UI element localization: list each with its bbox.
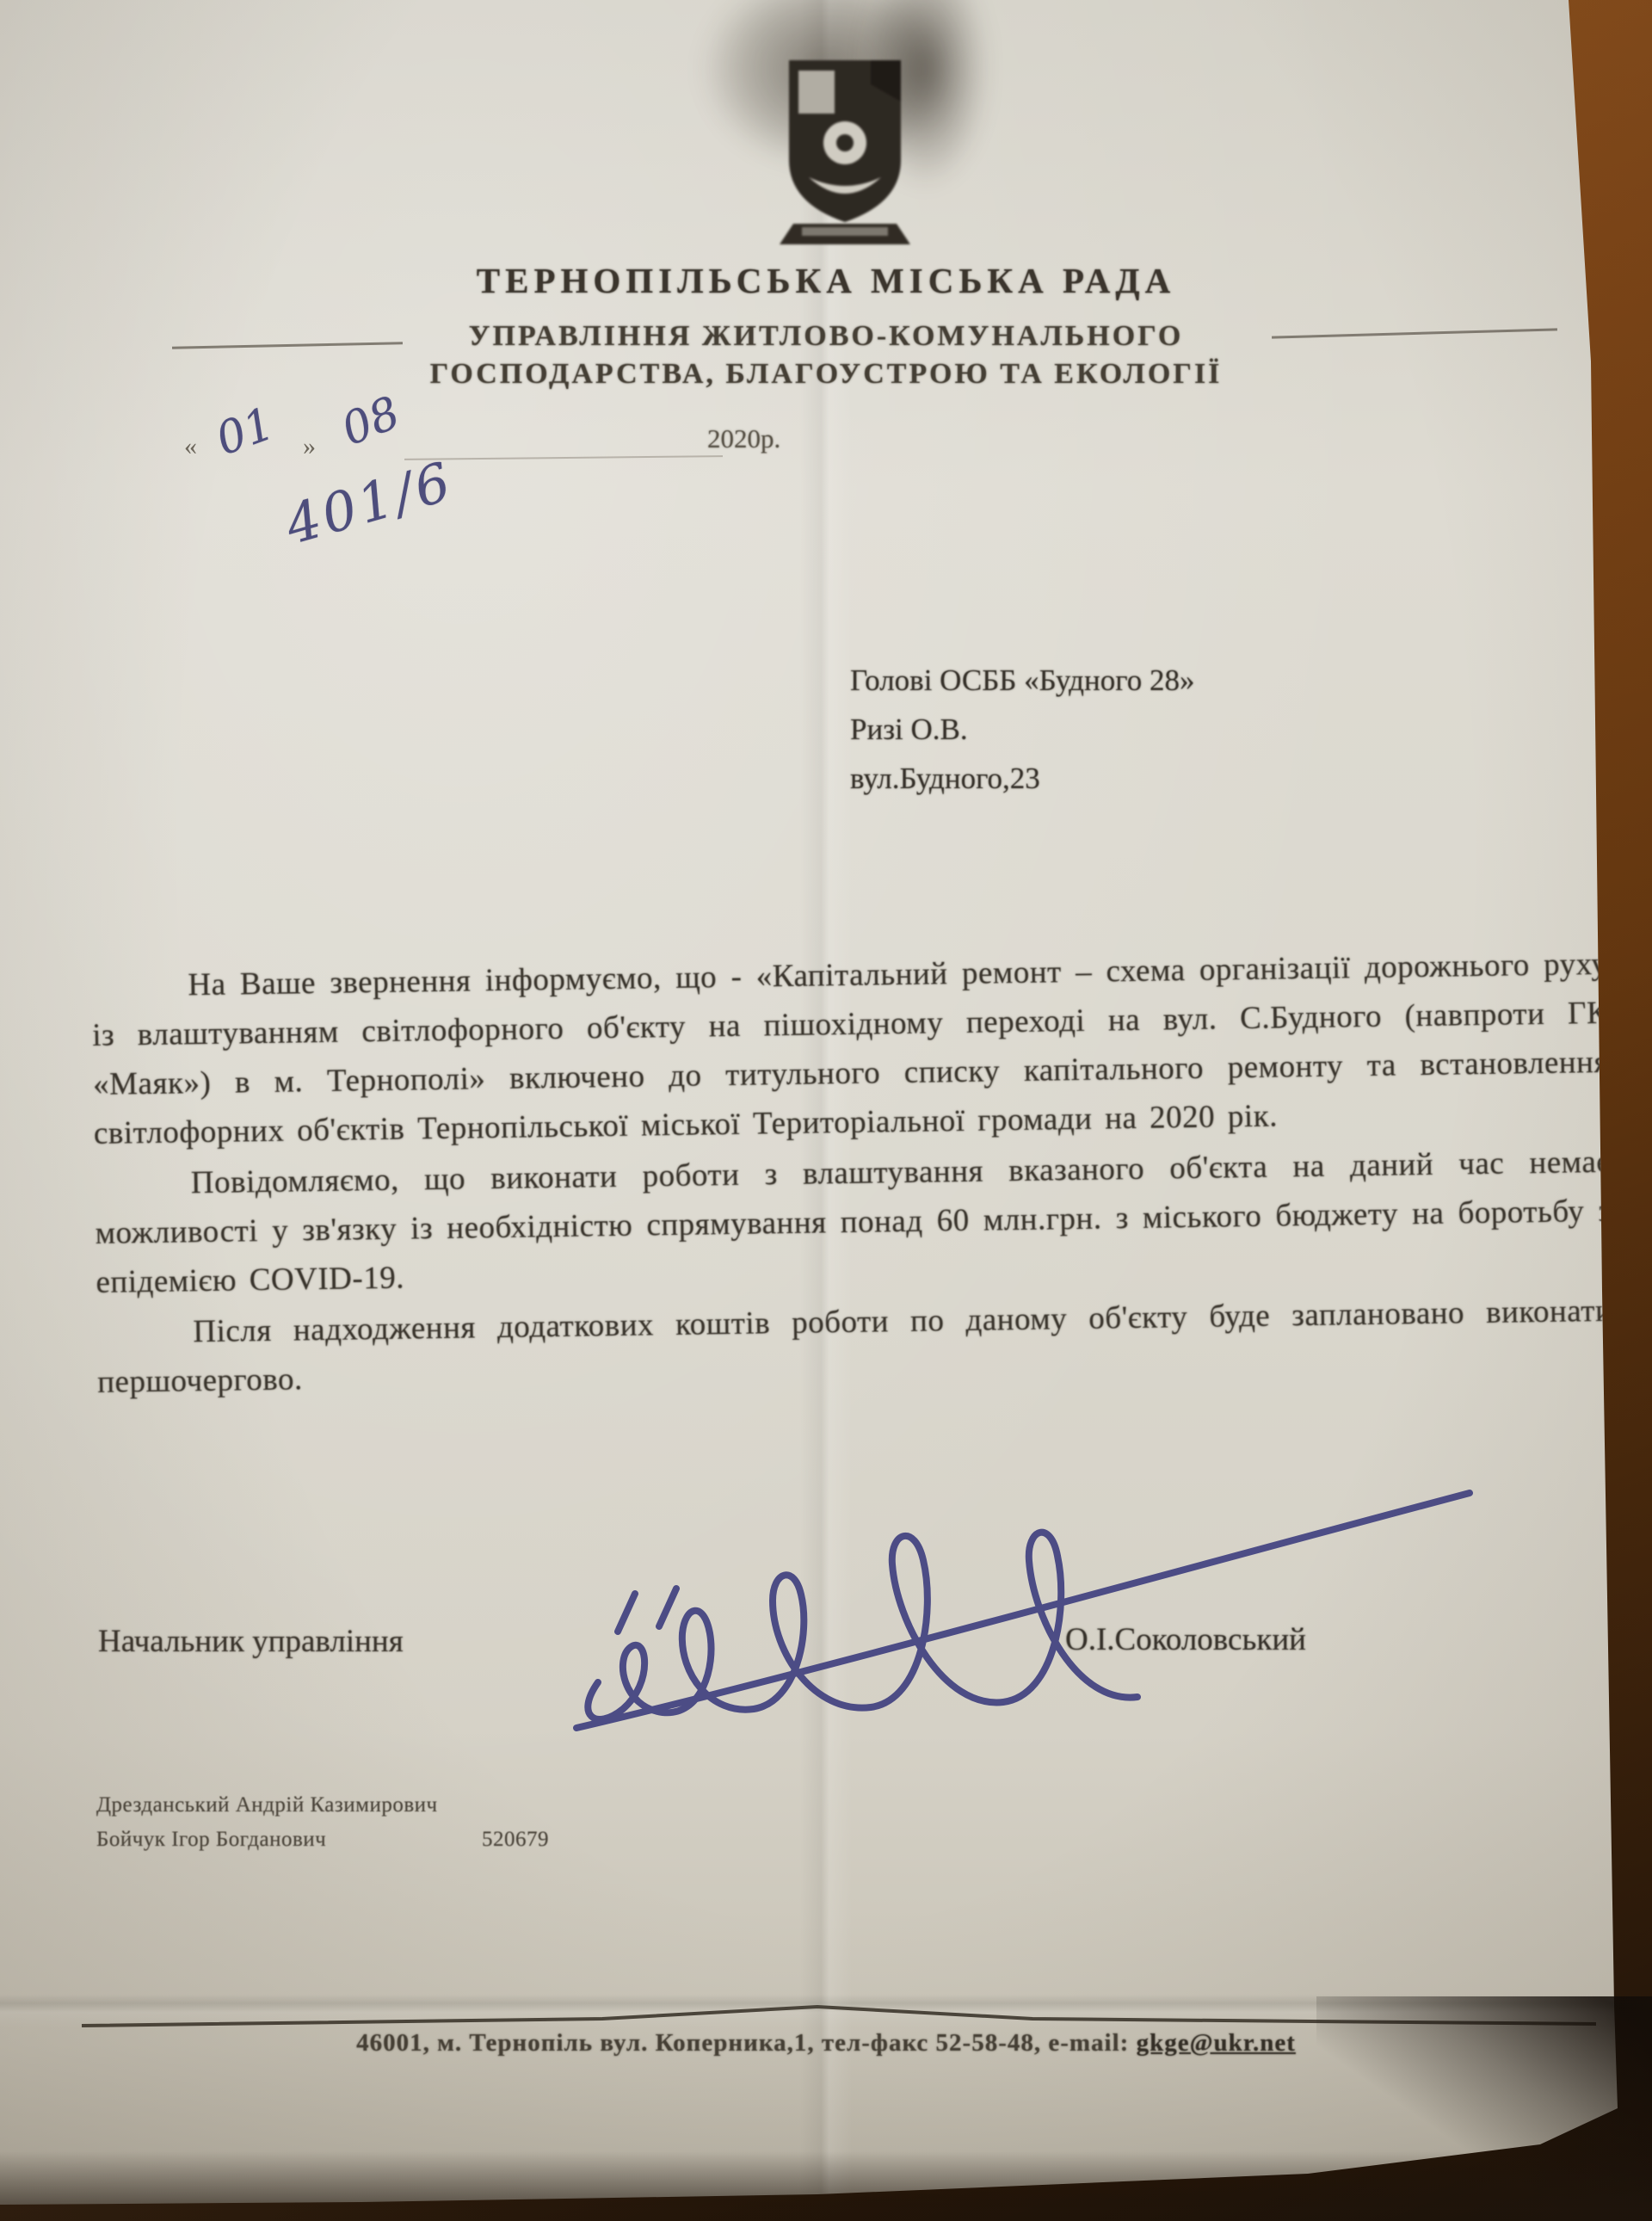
handwritten-outgoing-number: 401/6 bbox=[279, 449, 460, 557]
footer-contact-line: 46001, м. Тернопіль вул. Коперника,1, те… bbox=[0, 2029, 1652, 2058]
date-blank-underline bbox=[404, 455, 723, 460]
body-paragraph-2: Повідомляємо, що виконати роботи з влашт… bbox=[94, 1138, 1612, 1307]
letterhead-organization: ТЕРНОПІЛЬСЬКА МІСЬКА РАДА bbox=[0, 260, 1652, 301]
handwritten-day: 01 bbox=[210, 398, 281, 466]
letterhead-department-line2: ГОСПОДАРСТВА, БЛАГОУСТРОЮ ТА ЕКОЛОГІЇ bbox=[0, 358, 1652, 391]
executor-phone: 520679 bbox=[482, 1828, 549, 1852]
executor-line-1: Дрезданський Андрій Казимирович bbox=[96, 1793, 438, 1817]
coat-of-arms-icon bbox=[742, 50, 948, 252]
date-open-quote: « bbox=[184, 432, 197, 461]
footer-email: gkge@ukr.net bbox=[1137, 2029, 1296, 2057]
handwritten-month: 08 bbox=[335, 387, 407, 456]
recipient-name: Ризі О.В. bbox=[850, 705, 1194, 754]
signer-position-title: Начальник управління bbox=[98, 1623, 404, 1660]
recipient-title: Голові ОСББ «Будного 28» bbox=[850, 656, 1194, 705]
executor-line-2: Бойчук Ігор Богданович bbox=[96, 1828, 326, 1852]
footer-address-text: 46001, м. Тернопіль вул. Коперника,1, те… bbox=[356, 2029, 1137, 2057]
body-paragraph-1: На Ваше звернення інформуємо, що - «Капі… bbox=[91, 940, 1610, 1158]
letter-body: На Ваше звернення інформуємо, що - «Капі… bbox=[91, 940, 1614, 1409]
pen-signature-icon bbox=[516, 1377, 1506, 1764]
letterhead-department-line1: УПРАВЛІННЯ ЖИТЛОВО-КОМУНАЛЬНОГО bbox=[0, 320, 1652, 353]
recipient-address: вул.Будного,23 bbox=[850, 754, 1194, 803]
printed-year: 2020р. bbox=[707, 423, 780, 454]
recipient-block: Голові ОСББ «Будного 28» Ризі О.В. вул.Б… bbox=[850, 656, 1194, 803]
signer-name: О.І.Соколовський bbox=[1065, 1621, 1306, 1658]
photographed-letter-scene: ТЕРНОПІЛЬСЬКА МІСЬКА РАДА УПРАВЛІННЯ ЖИТ… bbox=[0, 0, 1652, 2221]
letter-paper-sheet: ТЕРНОПІЛЬСЬКА МІСЬКА РАДА УПРАВЛІННЯ ЖИТ… bbox=[0, 0, 1652, 2221]
date-close-quote: » bbox=[303, 432, 316, 461]
